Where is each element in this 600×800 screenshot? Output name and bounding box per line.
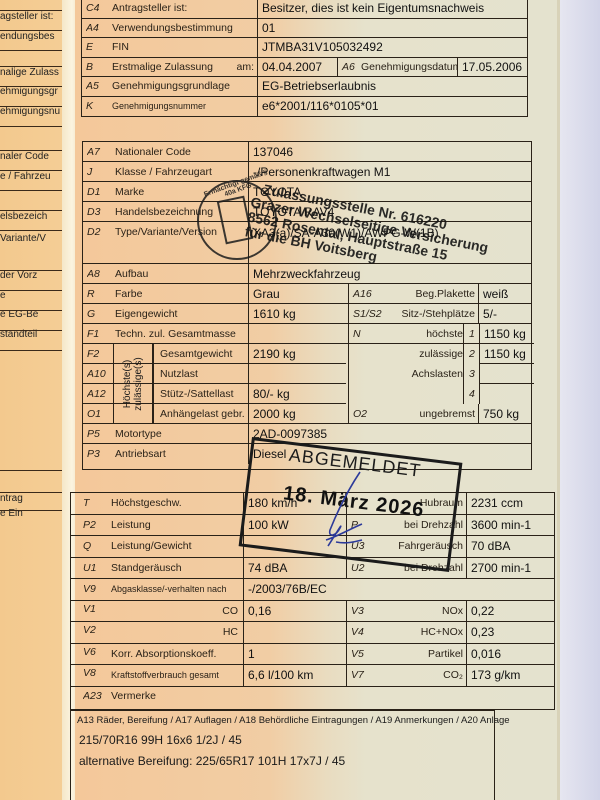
field-code: O1 — [87, 404, 115, 423]
field-code: F1 — [87, 324, 117, 343]
field-code: V8 — [83, 665, 113, 686]
field-label: Stütz-/Sattellast — [153, 384, 248, 403]
field-code: D1 — [87, 182, 117, 201]
field-label: FIN — [112, 38, 257, 57]
field-code: V2 — [83, 622, 113, 643]
field-value: e6*2001/116*0105*01 — [257, 97, 529, 117]
field-label: NOx — [371, 601, 466, 622]
field-label: Motortype — [115, 424, 250, 443]
hoechst-label-text: Höchste(s) zulässige(s) — [122, 354, 144, 414]
row-v8: V8Kraftstoffverbrauch gesamt6,6 l/100 km… — [71, 665, 554, 687]
field-value: 0,23 — [466, 622, 556, 643]
row-b: BErstmalige Zulassungam:04.04.2007A6Gene… — [82, 58, 527, 78]
field-label: Gesamtgewicht — [153, 344, 248, 363]
field-value: -/Personenkraftwagen M1 — [248, 162, 528, 181]
left-page-rule — [0, 190, 62, 191]
field-code: T — [83, 493, 113, 514]
left-page-text: agsteller ist: — [0, 11, 62, 22]
field-code: P3 — [87, 444, 117, 464]
field-value: 01 — [257, 19, 529, 38]
field-code: V1 — [83, 601, 113, 622]
left-page-rule — [0, 106, 62, 107]
tyre-line-1: 215/70R16 99H 16x6 1/2J / 45 — [79, 733, 242, 747]
left-page-rule — [0, 492, 62, 493]
left-page-rule — [0, 50, 62, 51]
field-code: D2 — [87, 222, 117, 263]
field-value: Besitzer, dies ist kein Eigentumsnachwei… — [257, 0, 529, 18]
left-page-rule — [0, 170, 62, 171]
field-value: weiß — [478, 284, 533, 303]
field-label: Höchstgeschw. — [111, 493, 241, 514]
left-page-rule — [0, 350, 62, 351]
field-value: 2AD-0097385 — [248, 424, 533, 443]
field-value: 80/- kg — [248, 384, 348, 403]
field-label: Farbe — [115, 284, 250, 303]
field-label: Vermerke — [111, 687, 241, 712]
signature-scribble — [318, 470, 368, 550]
field-label: Klasse / Fahrzeugart — [115, 162, 250, 181]
field-label: Antragsteller ist: — [112, 0, 257, 18]
row-a5: A5GenehmigungsgrundlageEG-Betriebserlaub… — [82, 77, 527, 97]
field-value: EG-Betriebserlaubnis — [257, 77, 529, 96]
left-page-rule — [0, 10, 62, 11]
left-page-rule — [0, 330, 62, 331]
row-j: JKlasse / Fahrzeugart-/Personenkraftwage… — [83, 162, 531, 182]
field-label: CO — [111, 601, 241, 622]
field-code: R — [87, 284, 117, 303]
field-value — [248, 364, 348, 383]
field-code: A7 — [87, 142, 117, 161]
row-v9: V9Abgasklasse/-verhalten nach-/2003/76B/… — [71, 579, 554, 601]
axle-label: Achslasten — [412, 368, 463, 380]
axle-number: 1 — [469, 328, 475, 340]
row-c4: C4Antragsteller ist:Besitzer, dies ist k… — [82, 0, 527, 19]
row-u1: U1Standgeräusch74 dBAU2bei Drehzahl2700 … — [71, 558, 554, 580]
field-label: HC — [111, 622, 241, 643]
left-page-rule — [0, 230, 62, 231]
row-farbe: RFarbeGrauA16Beg.Plaketteweiß — [83, 284, 531, 304]
field-label: Abgasklasse/-verhalten nach — [111, 579, 241, 600]
left-page-rule — [0, 150, 62, 151]
tyre-line-2: alternative Bereifung: 225/65R17 101H 17… — [79, 754, 345, 768]
left-page-rule — [0, 310, 62, 311]
field-label: Anhängelast gebr. — [153, 404, 248, 423]
field-label: Leistung/Gewicht — [111, 536, 241, 557]
field-value: 0,22 — [466, 601, 556, 622]
field-code: P5 — [87, 424, 117, 443]
field-label: Eigengewicht — [115, 304, 250, 323]
left-page-text: der Vorz — [0, 270, 62, 281]
remarks-header: A13 Räder, Bereifung / A17 Auflagen / A1… — [77, 715, 510, 726]
field-label: Nationaler Code — [115, 142, 250, 161]
left-page-rule — [0, 86, 62, 87]
field-value: 137046 — [248, 142, 528, 161]
section-general-table: C4Antragsteller ist:Besitzer, dies ist k… — [81, 0, 528, 117]
field-value: 6,6 l/100 km — [243, 665, 346, 686]
left-page-text: e — [0, 290, 62, 301]
field-label: HC+NOx — [371, 622, 466, 643]
field-value: 0,016 — [466, 644, 556, 665]
left-page-text: naler Code — [0, 151, 62, 162]
left-page-rule — [0, 270, 62, 271]
field-label: Antriebsart — [115, 444, 250, 464]
row-v2: V2HCV4HC+NOx0,23 — [71, 622, 554, 644]
field-value: 04.04.2007 — [257, 58, 337, 77]
row-e: EFINJTMBA31V105032492 — [82, 38, 527, 58]
left-page-text: elsbezeich — [0, 211, 62, 222]
field-code: N — [353, 328, 361, 340]
field-value: 17.05.2006 — [457, 58, 529, 77]
left-page-text: endungsbes — [0, 31, 62, 42]
row-a23: A23Vermerke — [71, 687, 554, 712]
field-code: D3 — [87, 202, 117, 221]
field-label: Partikel — [371, 644, 466, 665]
field-value — [248, 324, 348, 343]
field-code: A10 — [87, 364, 115, 383]
axle-load-value — [479, 384, 534, 404]
axle-number: 4 — [469, 388, 475, 400]
field-value: 750 kg — [478, 404, 533, 423]
field-value: -/2003/76B/EC — [243, 579, 553, 600]
field-code: A8 — [87, 264, 117, 283]
field-code: U1 — [83, 558, 113, 579]
field-code: V6 — [83, 644, 113, 665]
field-code: A16 — [348, 284, 388, 303]
left-page-text: ehmigungsgr — [0, 86, 62, 97]
field-code: A23 — [83, 687, 113, 712]
left-page-rule — [0, 470, 62, 471]
row-eigengewicht: GEigengewicht1610 kgS1/S2Sitz-/Stehplätz… — [83, 304, 531, 324]
field-value: Grau — [248, 284, 348, 303]
field-code: S1/S2 — [348, 304, 388, 323]
field-code: Q — [83, 536, 113, 557]
field-code: V9 — [83, 579, 113, 600]
field-label: Techn. zul. Gesamtmasse — [115, 324, 250, 343]
field-label: Beg.Plakette — [383, 284, 478, 303]
left-page-rule — [0, 290, 62, 291]
left-page-rule — [0, 210, 62, 211]
left-page-text: ehmigungsnu — [0, 106, 62, 117]
background-surface — [560, 0, 600, 800]
axle-load-value: 1150 kg — [479, 344, 534, 364]
row-v6: V6Korr. Absorptionskoeff.1V5Partikel0,01… — [71, 644, 554, 666]
field-code: J — [87, 162, 117, 181]
axle-number: 3 — [469, 368, 475, 380]
field-label: ungebremst — [383, 404, 478, 423]
field-code: G — [87, 304, 117, 323]
field-label: Genehmigungsnummer — [112, 97, 257, 117]
field-code: P2 — [83, 515, 113, 536]
axle-loads-block: NhöchstezulässigeAchslasten11150 kg21150… — [348, 324, 533, 404]
row-v1: V1CO0,16V3NOx0,22 — [71, 601, 554, 623]
field-label-suffix: am: — [222, 58, 257, 77]
field-code: F2 — [87, 344, 115, 363]
field-label: Standgeräusch — [111, 558, 241, 579]
field-value: 3600 min-1 — [466, 515, 556, 536]
field-label: Verwendungsbestimmung — [112, 19, 257, 38]
field-value: 74 dBA — [243, 558, 346, 579]
left-page-text: nalige Zulass — [0, 67, 62, 78]
row-k: KGenehmigungsnummere6*2001/116*0105*01 — [82, 97, 527, 117]
field-label: Aufbau — [115, 264, 250, 283]
field-code: O2 — [348, 404, 388, 423]
field-label: Kraftstoffverbrauch gesamt — [111, 665, 241, 686]
axle-number: 2 — [469, 348, 475, 360]
field-value: 1610 kg — [248, 304, 348, 323]
field-code: A12 — [87, 384, 115, 403]
field-value: 0,16 — [243, 601, 346, 622]
field-value: 1 — [243, 644, 346, 665]
axle-load-value: 1150 kg — [479, 324, 534, 344]
axle-label: zulässige — [419, 348, 463, 360]
left-page-rule — [0, 66, 62, 67]
field-value — [243, 622, 346, 643]
left-page-text: e / Fahrzeu — [0, 171, 62, 182]
field-label: CO₂ — [371, 665, 466, 686]
field-label: Sitz-/Stehplätze — [383, 304, 478, 323]
row-a4: A4Verwendungsbestimmung01 — [82, 19, 527, 39]
row-motortype: P5Motortype2AD-0097385 — [83, 424, 531, 444]
field-label: Genehmigungsgrundlage — [112, 77, 257, 96]
registration-document: C4Antragsteller ist:Besitzer, dies ist k… — [75, 0, 560, 800]
left-page-rule — [0, 126, 62, 127]
axle-label: höchste — [426, 328, 463, 340]
field-value: 70 dBA — [466, 536, 556, 557]
field-value: 2190 kg — [248, 344, 348, 363]
field-label: Nutzlast — [153, 364, 248, 383]
left-page-rule — [0, 510, 62, 511]
field-value: 2000 kg — [248, 404, 348, 423]
field-value: 5/- — [478, 304, 533, 323]
field-value: JTMBA31V105032492 — [257, 38, 529, 57]
row-a7: A7Nationaler Code137046 — [83, 142, 531, 162]
field-label: Leistung — [111, 515, 241, 536]
field-value: 2700 min-1 — [466, 558, 556, 579]
left-page-text: ntrag — [0, 493, 62, 504]
field-label: Genehmigungsdatum — [357, 58, 457, 77]
left-page-rule — [0, 30, 62, 31]
left-page-text: Variante/V — [0, 233, 62, 244]
field-value: 173 g/km — [466, 665, 556, 686]
field-label: Korr. Absorptionskoeff. — [111, 644, 241, 665]
section-remarks: A13 Räder, Bereifung / A17 Auflagen / A1… — [70, 710, 495, 800]
field-value: 2231 ccm — [466, 493, 556, 514]
hoechst-zulaessig-vertical-label: Höchste(s) zulässige(s) — [113, 344, 153, 424]
axle-load-value — [479, 364, 534, 384]
